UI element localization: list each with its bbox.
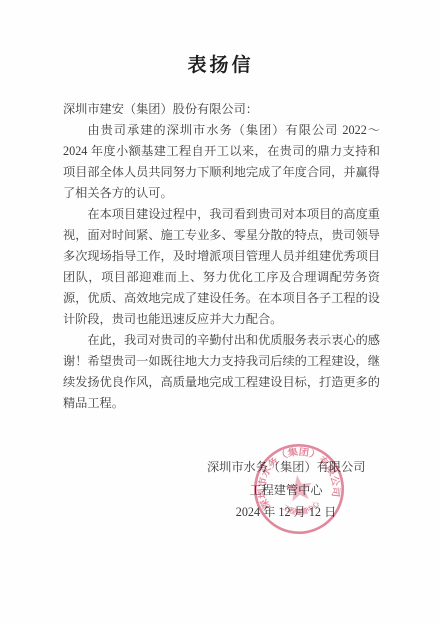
letter-page: 表扬信 深圳市建安（集团）股份有限公司： 由贵司承建的深圳市水务（集团）有限公司… (0, 0, 441, 624)
paragraph-3: 在此，我司对贵司的辛勤付出和优质服务表示衷心的感谢！希望贵司一如既往地大力支持我… (63, 330, 380, 414)
paragraph-2: 在本项目建设过程中，我司看到贵司对本项目的高度重视，面对时间紧、施工专业多、零星… (63, 204, 380, 330)
letter-title: 表扬信 (0, 50, 441, 77)
paragraph-1: 由贵司承建的深圳市水务（集团）有限公司 2022～2024 年度小额基建工程自开… (63, 120, 380, 204)
signature-date: 2024 年 12 月 12 日 (207, 501, 365, 524)
salutation: 深圳市建安（集团）股份有限公司： (63, 99, 380, 120)
letter-body: 深圳市建安（集团）股份有限公司： 由贵司承建的深圳市水务（集团）有限公司 202… (63, 99, 380, 414)
signature-block: 深圳市水务（集团）有限公司 工程建管中心 2024 年 12 月 12 日 (207, 456, 365, 524)
signature-department: 工程建管中心 (207, 479, 365, 502)
signature-company: 深圳市水务（集团）有限公司 (207, 456, 365, 479)
